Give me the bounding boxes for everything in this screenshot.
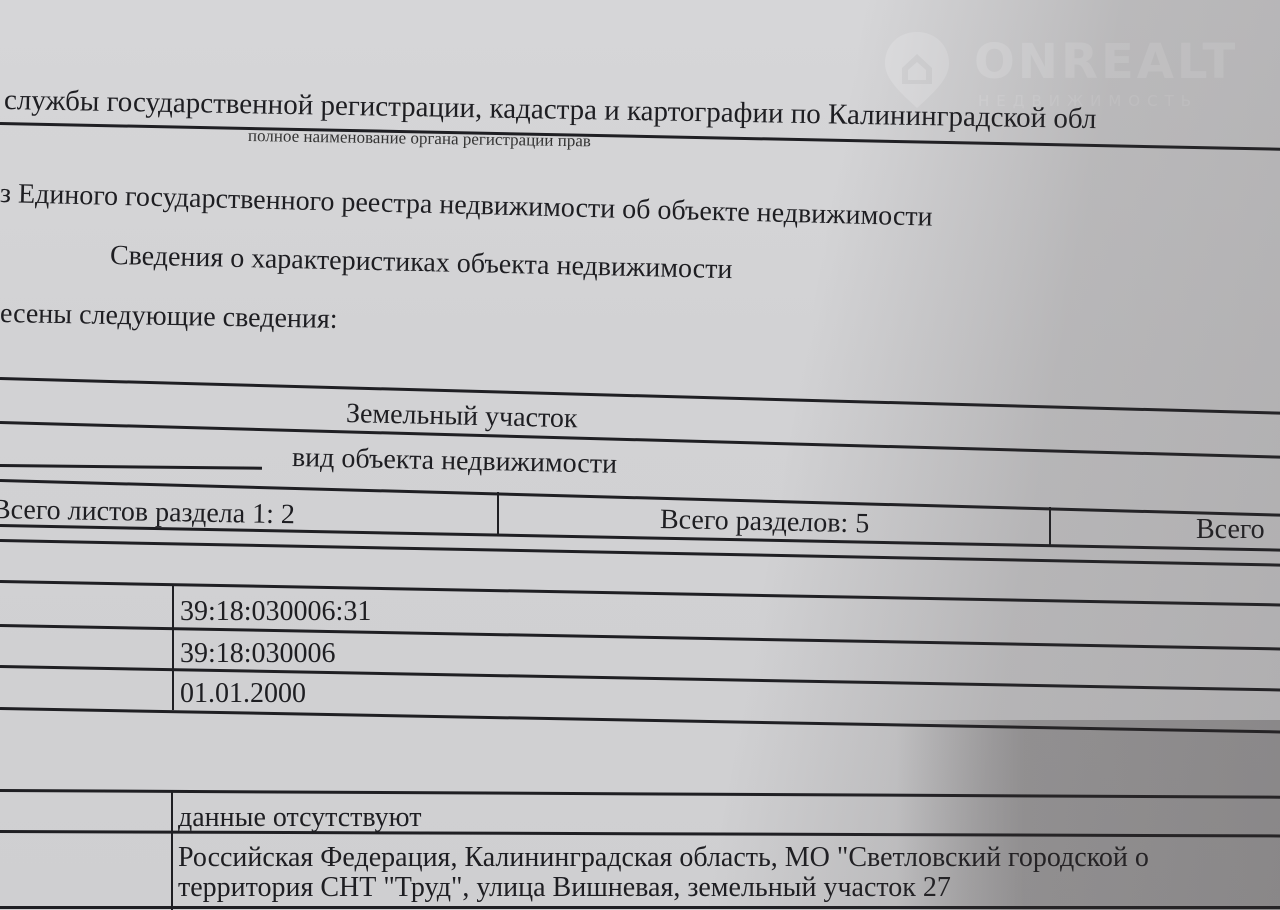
watermark-tagline: НЕДВИЖИМОСТЬ <box>978 92 1198 110</box>
entered-info-label: есены следующие сведения: <box>0 298 338 336</box>
address-line-2: территория СНТ "Труд", улица Вишневая, з… <box>178 872 951 904</box>
summary-divider-2 <box>1049 507 1051 547</box>
document-page: ONREALT НЕДВИЖИМОСТЬ службы государствен… <box>0 0 1280 910</box>
fields-column-divider <box>172 585 174 710</box>
total-sheets-partial: Всего <box>1196 514 1265 546</box>
lower-top-rule <box>0 789 1280 799</box>
extract-title: з Единого государственного реестра недви… <box>0 178 933 234</box>
object-type-value: Земельный участок <box>346 398 578 435</box>
cadastral-number: 39:18:030006:31 <box>180 596 371 628</box>
address-line-1: Российская Федерация, Калининградская об… <box>178 842 1149 874</box>
object-caption-rule-left <box>0 464 262 470</box>
fields-bottom-rule <box>0 707 1280 734</box>
object-type-caption: вид объекта недвижимости <box>292 442 618 481</box>
section-title: Сведения о характеристиках объекта недви… <box>110 240 733 286</box>
total-sections: Всего разделов: 5 <box>660 504 870 540</box>
previous-numbers-value: данные отсутствуют <box>178 802 421 834</box>
summary-bottom-rule <box>0 524 1280 552</box>
watermark: ONREALT НЕДВИЖИМОСТЬ <box>882 30 1252 115</box>
house-pin-icon <box>882 30 952 110</box>
watermark-brand: ONREALT <box>974 34 1238 90</box>
assignment-date: 01.01.2000 <box>180 678 306 710</box>
lower-column-divider <box>171 792 173 910</box>
registrar-caption: полное наименование органа регистрации п… <box>248 126 591 151</box>
cadastral-quarter-number: 39:18:030006 <box>180 638 336 670</box>
lower-bottom-rule <box>0 906 1280 909</box>
summary-divider-1 <box>497 492 499 534</box>
object-type-rule <box>0 421 1280 459</box>
summary-second-rule <box>0 539 1280 567</box>
table-top-rule <box>0 377 1280 415</box>
